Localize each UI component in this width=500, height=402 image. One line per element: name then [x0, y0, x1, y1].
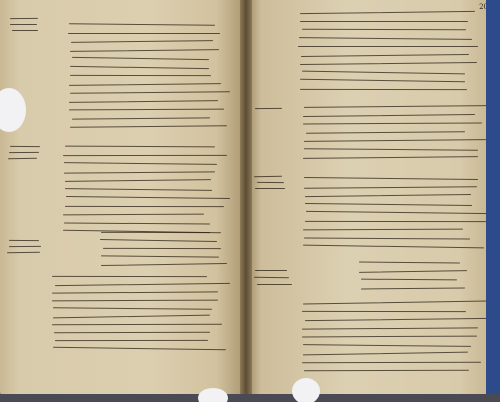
handwriting-line [53, 315, 210, 319]
handwriting-line [53, 347, 226, 351]
handwriting-line [255, 188, 285, 189]
handwriting-line [70, 49, 219, 52]
handwriting-line [69, 23, 215, 26]
book-gutter [240, 0, 252, 398]
handwriting-line [358, 261, 459, 263]
handwriting-line [302, 310, 466, 312]
handwriting-line [303, 113, 475, 116]
handwriting-line [303, 156, 478, 159]
handwriting-line [300, 62, 477, 65]
handwriting-line [304, 177, 478, 180]
handwriting-line [101, 232, 210, 234]
handwriting-line [72, 117, 210, 120]
handwriting-line [69, 100, 218, 103]
handwriting-line [304, 105, 489, 108]
handwriting-line [52, 324, 222, 326]
manuscript-photo: 20 [0, 0, 500, 402]
handwriting-line [306, 211, 493, 215]
handwriting-line [11, 30, 37, 31]
handwriting-line [303, 301, 488, 305]
handwriting-line [303, 123, 482, 125]
handwriting-line [9, 246, 41, 248]
handwriting-line [254, 277, 289, 279]
handwriting-line [52, 291, 218, 294]
table-surface [0, 394, 500, 402]
handwriting-line [300, 11, 475, 15]
glove-finger-bottom-left [198, 388, 228, 402]
handwriting-line [304, 148, 478, 151]
handwriting-line [103, 248, 221, 250]
handwriting-line [300, 88, 467, 90]
binding-edge [486, 0, 500, 402]
handwriting-line [70, 125, 227, 128]
handwriting-line [71, 40, 213, 43]
handwriting-line [300, 79, 465, 83]
handwriting-line [100, 255, 218, 258]
handwriting-line [65, 179, 211, 182]
handwriting-line [305, 318, 490, 322]
handwriting-line [100, 239, 217, 242]
handwriting-line [255, 108, 282, 110]
handwriting-line [63, 154, 227, 156]
handwriting-line [66, 196, 230, 199]
handwriting-line [304, 139, 486, 142]
handwriting-line [53, 307, 212, 310]
handwriting-line [65, 188, 212, 191]
handwriting-line [299, 37, 472, 40]
handwriting-line [361, 287, 465, 289]
handwriting-line [255, 270, 287, 271]
handwriting-line [306, 131, 465, 134]
handwriting-line [302, 336, 477, 338]
handwriting-line [72, 57, 209, 61]
handwriting-line [101, 263, 227, 266]
handwriting-line [7, 252, 40, 254]
handwriting-line [10, 18, 38, 20]
handwriting-line [70, 65, 209, 69]
handwriting-line [304, 370, 469, 372]
handwriting-line [303, 352, 468, 356]
handwriting-line [301, 29, 465, 31]
handwriting-line [8, 158, 37, 160]
handwriting-line [257, 284, 292, 285]
handwriting-line [70, 91, 230, 94]
handwriting-line [52, 300, 218, 302]
handwriting-line [305, 194, 471, 198]
handwriting-line [9, 240, 39, 242]
handwriting-line [302, 327, 478, 330]
glove-finger-bottom-right [292, 378, 320, 402]
handwriting-line [54, 332, 210, 334]
handwriting-line [64, 171, 215, 174]
handwriting-line [65, 146, 215, 148]
handwriting-line [302, 361, 481, 363]
handwriting-line [359, 270, 467, 273]
handwriting-line [303, 344, 471, 347]
handwriting-line [304, 237, 470, 239]
handwriting-line [303, 229, 463, 231]
handwriting-line [304, 186, 477, 189]
handwriting-line [52, 276, 207, 278]
handwriting-line [65, 205, 224, 207]
handwriting-line [361, 279, 457, 281]
handwriting-line [301, 53, 469, 56]
handwriting-line [305, 202, 472, 205]
handwriting-line [68, 32, 220, 33]
handwriting-line [303, 245, 484, 249]
handwriting-line [10, 24, 37, 25]
left-page [0, 0, 246, 396]
handwriting-line [9, 152, 39, 154]
handwriting-line [257, 182, 284, 184]
handwriting-line [69, 83, 221, 86]
handwriting-line [63, 214, 204, 216]
handwriting-line [64, 162, 217, 165]
handwriting-line [64, 222, 210, 224]
handwriting-line [300, 20, 468, 21]
handwriting-line [298, 46, 478, 47]
handwriting-line [302, 70, 465, 74]
handwriting-line [55, 340, 208, 342]
handwriting-line [305, 220, 486, 222]
handwriting-line [55, 283, 230, 287]
handwriting-line [69, 109, 224, 111]
handwriting-line [254, 176, 282, 178]
handwriting-line [70, 75, 211, 77]
right-page: 20 [246, 0, 496, 396]
handwriting-line [10, 146, 40, 148]
